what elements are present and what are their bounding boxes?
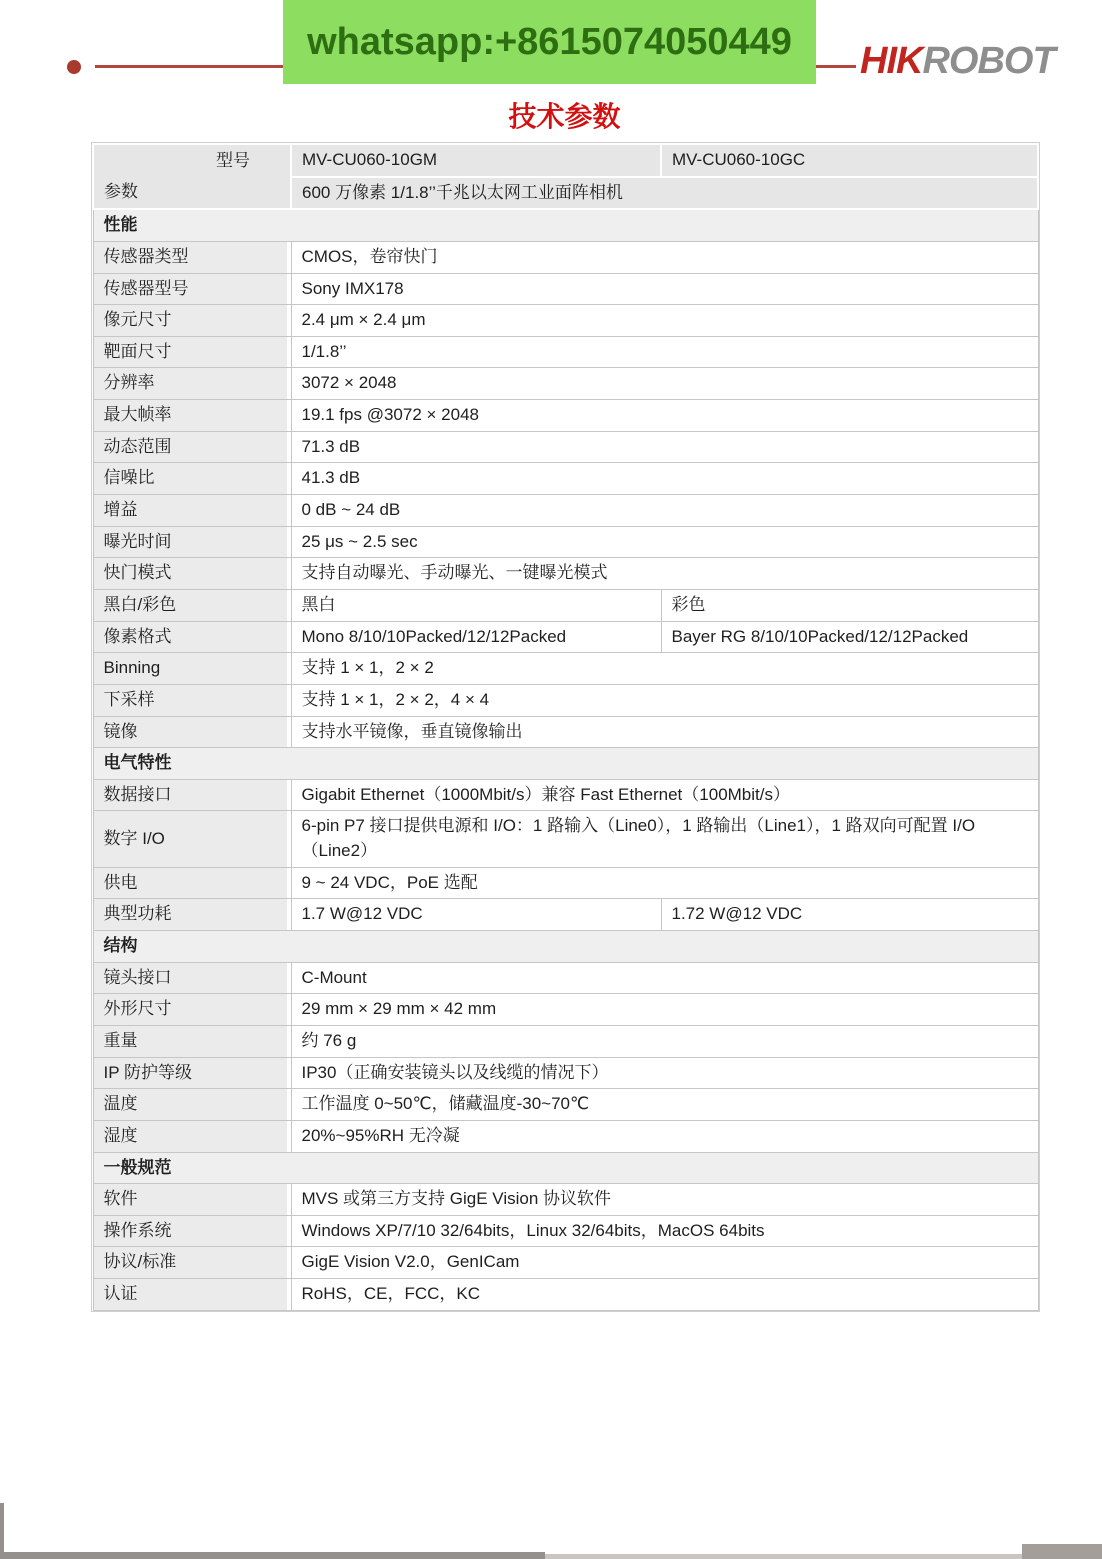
logo-robot-text: ROBOT [922,40,1054,82]
row-value: 41.3 dB [291,463,1038,495]
table-row: 靶面尺寸1/1.8’’ [93,336,1038,368]
row-value: CMOS，卷帘快门 [291,241,1038,273]
model-column-header-gc: MV-CU060-10GC [661,144,1038,177]
row-value: GigE Vision V2.0，GenICam [291,1247,1038,1279]
whatsapp-contact: whatsapp:+8615074050449 [307,21,792,64]
row-label: 镜头接口 [93,962,291,994]
row-value: 黑白 [291,589,661,621]
row-label: 像素格式 [93,621,291,653]
section-header: 性能 [93,209,1038,241]
row-value: 29 mm × 29 mm × 42 mm [291,994,1038,1026]
row-label: 快门模式 [93,558,291,590]
row-label: 增益 [93,495,291,527]
divider-line-left [95,65,283,68]
row-value: RoHS，CE，FCC，KC [291,1279,1038,1311]
divider-line-right [816,65,856,68]
row-value: Gigabit Ethernet（1000Mbit/s）兼容 Fast Ethe… [291,779,1038,811]
table-row: 曝光时间25 μs ~ 2.5 sec [93,526,1038,558]
section-row: 结构 [93,931,1038,963]
row-label: 分辨率 [93,368,291,400]
row-label: 操作系统 [93,1215,291,1247]
table-row: 快门模式支持自动曝光、手动曝光、一键曝光模式 [93,558,1038,590]
row-value: 支持 1 × 1，2 × 2，4 × 4 [291,684,1038,716]
row-label: 传感器类型 [93,241,291,273]
table-row: 像元尺寸2.4 μm × 2.4 μm [93,305,1038,337]
row-value: IP30（正确安装镜头以及线缆的情况下） [291,1057,1038,1089]
spec-table: 型号 参数 MV-CU060-10GM MV-CU060-10GC 600 万像… [92,143,1039,1311]
table-row: 分辨率3072 × 2048 [93,368,1038,400]
corner-model-label: 型号 [216,149,250,174]
row-label: 软件 [93,1184,291,1216]
row-label: 外形尺寸 [93,994,291,1026]
table-row: 温度工作温度 0~50℃，储藏温度-30~70℃ [93,1089,1038,1121]
section-header: 一般规范 [93,1152,1038,1184]
hikrobot-logo: HIKROBOT [860,40,1055,83]
table-row: IP 防护等级IP30（正确安装镜头以及线缆的情况下） [93,1057,1038,1089]
row-value: 2.4 μm × 2.4 μm [291,305,1038,337]
row-value: Mono 8/10/10Packed/12/12Packed [291,621,661,653]
table-row: 下采样支持 1 × 1，2 × 2，4 × 4 [93,684,1038,716]
spec-table-body: 性能传感器类型CMOS，卷帘快门传感器型号Sony IMX178像元尺寸2.4 … [93,209,1038,1310]
row-label: Binning [93,653,291,685]
row-label: 像元尺寸 [93,305,291,337]
row-value: 9 ~ 24 VDC，PoE 选配 [291,867,1038,899]
product-summary: 600 万像素 1/1.8’’千兆以太网工业面阵相机 [291,177,1038,210]
row-value: 支持水平镜像，垂直镜像输出 [291,716,1038,748]
table-row: 协议/标准GigE Vision V2.0，GenICam [93,1247,1038,1279]
whatsapp-banner: whatsapp:+8615074050449 [283,0,816,84]
row-value: Sony IMX178 [291,273,1038,305]
table-row: 镜头接口C-Mount [93,962,1038,994]
row-value: 3072 × 2048 [291,368,1038,400]
corner-param-label: 参数 [104,180,138,205]
row-label: 协议/标准 [93,1247,291,1279]
row-label: IP 防护等级 [93,1057,291,1089]
red-dot-decoration [67,60,81,74]
row-label: 供电 [93,867,291,899]
row-label: 曝光时间 [93,526,291,558]
model-column-header-gm: MV-CU060-10GM [291,144,661,177]
table-row: 软件MVS 或第三方支持 GigE Vision 协议软件 [93,1184,1038,1216]
row-value: 1/1.8’’ [291,336,1038,368]
row-label: 典型功耗 [93,899,291,931]
row-value: 1.72 W@12 VDC [661,899,1038,931]
table-row: 认证RoHS，CE，FCC，KC [93,1279,1038,1311]
row-label: 下采样 [93,684,291,716]
scan-edge-bottom-dark [0,1552,545,1559]
row-value: C-Mount [291,962,1038,994]
row-label: 信噪比 [93,463,291,495]
row-value: 6-pin P7 接口提供电源和 I/O：1 路输入（Line0），1 路输出（… [291,811,1038,867]
row-value: 彩色 [661,589,1038,621]
row-label: 黑白/彩色 [93,589,291,621]
row-label: 重量 [93,1025,291,1057]
section-header: 电气特性 [93,748,1038,780]
section-row: 电气特性 [93,748,1038,780]
table-row: 像素格式Mono 8/10/10Packed/12/12PackedBayer … [93,621,1038,653]
row-label: 动态范围 [93,431,291,463]
table-row: 外形尺寸29 mm × 29 mm × 42 mm [93,994,1038,1026]
logo-hik-text: HIK [860,40,922,82]
table-row: 增益0 dB ~ 24 dB [93,495,1038,527]
scan-edge-bottom-light [545,1554,1022,1559]
corner-cell: 型号 参数 [93,144,291,209]
row-label: 湿度 [93,1120,291,1152]
table-row: 典型功耗1.7 W@12 VDC1.72 W@12 VDC [93,899,1038,931]
table-row: 重量约 76 g [93,1025,1038,1057]
model-header-row: 型号 参数 MV-CU060-10GM MV-CU060-10GC [93,144,1038,177]
row-label: 认证 [93,1279,291,1311]
row-value: 约 76 g [291,1025,1038,1057]
row-label: 传感器型号 [93,273,291,305]
table-row: 黑白/彩色黑白彩色 [93,589,1038,621]
row-value: 19.1 fps @3072 × 2048 [291,400,1038,432]
row-value: Bayer RG 8/10/10Packed/12/12Packed [661,621,1038,653]
table-row: 供电9 ~ 24 VDC，PoE 选配 [93,867,1038,899]
row-label: 最大帧率 [93,400,291,432]
scan-edge-corner [1022,1544,1102,1559]
table-row: 传感器型号Sony IMX178 [93,273,1038,305]
table-row: 湿度20%~95%RH 无冷凝 [93,1120,1038,1152]
table-row: 传感器类型CMOS，卷帘快门 [93,241,1038,273]
section-header: 结构 [93,931,1038,963]
table-row: 动态范围71.3 dB [93,431,1038,463]
spec-sheet-page: whatsapp:+8615074050449 HIKROBOT 技术参数 型号… [0,0,1102,1559]
row-value: 20%~95%RH 无冷凝 [291,1120,1038,1152]
table-row: 信噪比41.3 dB [93,463,1038,495]
row-value: 1.7 W@12 VDC [291,899,661,931]
row-label: 数字 I/O [93,811,291,867]
row-value: 支持 1 × 1，2 × 2 [291,653,1038,685]
table-row: 最大帧率19.1 fps @3072 × 2048 [93,400,1038,432]
table-row: 操作系统Windows XP/7/10 32/64bits，Linux 32/6… [93,1215,1038,1247]
row-value: 25 μs ~ 2.5 sec [291,526,1038,558]
row-value: 工作温度 0~50℃，储藏温度-30~70℃ [291,1089,1038,1121]
section-row: 一般规范 [93,1152,1038,1184]
scan-edge-left [0,1503,4,1559]
table-row: 数据接口Gigabit Ethernet（1000Mbit/s）兼容 Fast … [93,779,1038,811]
row-value: Windows XP/7/10 32/64bits，Linux 32/64bit… [291,1215,1038,1247]
row-value: 0 dB ~ 24 dB [291,495,1038,527]
page-title: 技术参数 [92,95,1037,135]
row-label: 数据接口 [93,779,291,811]
row-value: 71.3 dB [291,431,1038,463]
row-value: MVS 或第三方支持 GigE Vision 协议软件 [291,1184,1038,1216]
table-row: 镜像支持水平镜像，垂直镜像输出 [93,716,1038,748]
table-row: Binning支持 1 × 1，2 × 2 [93,653,1038,685]
section-row: 性能 [93,209,1038,241]
row-label: 温度 [93,1089,291,1121]
row-label: 靶面尺寸 [93,336,291,368]
table-row: 数字 I/O6-pin P7 接口提供电源和 I/O：1 路输入（Line0），… [93,811,1038,867]
row-value: 支持自动曝光、手动曝光、一键曝光模式 [291,558,1038,590]
row-label: 镜像 [93,716,291,748]
